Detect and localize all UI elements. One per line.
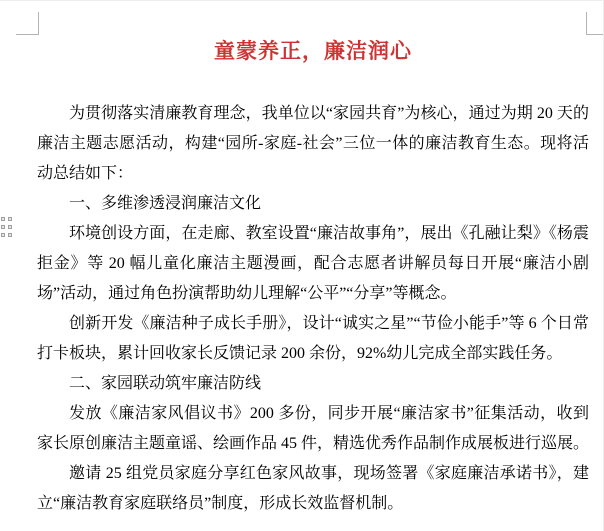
body-paragraph: 环境创设方面，在走廊、教室设置“廉洁故事角”，展出《孔融让梨》《杨震拒金》等 2… (37, 219, 589, 309)
drag-handle-dot (1, 233, 5, 237)
drag-handle-dot (1, 225, 5, 229)
page-margin-mark-top-left-icon (16, 12, 39, 35)
drag-handle-dot (8, 225, 12, 229)
drag-handle-dot (1, 217, 5, 221)
drag-handle-dot (8, 233, 12, 237)
document-title: 童蒙养正，廉洁润心 (37, 35, 589, 69)
body-paragraph: 创新开发《廉洁种子成长手册》，设计“诚实之星”“节俭小能手”等 6 个日常打卡板… (37, 309, 589, 369)
body-paragraph: 为贯彻落实清廉教育理念，我单位以“家园共育”为核心，通过为期 20 天的廉洁主题… (37, 99, 589, 189)
document-page: 童蒙养正，廉洁润心 为贯彻落实清廉教育理念，我单位以“家园共育”为核心，通过为期… (0, 0, 604, 531)
body-paragraph: 发放《廉洁家风倡议书》200 多份，同步开展“廉洁家书”征集活动，收到家长原创廉… (37, 399, 589, 459)
body-paragraph: 邀请 25 组党员家庭分享红色家风故事，现场签署《家庭廉洁承诺书》，建立“廉洁教… (37, 459, 589, 519)
drag-handle-dots-icon[interactable] (1, 217, 12, 237)
section-heading: 一、多维渗透浸润廉洁文化 (37, 189, 589, 219)
page-margin-mark-top-right-icon (586, 12, 604, 35)
drag-handle-dot (8, 217, 12, 221)
document-body: 为贯彻落实清廉教育理念，我单位以“家园共育”为核心，通过为期 20 天的廉洁主题… (37, 99, 589, 519)
section-heading: 二、家园联动筑牢廉洁防线 (37, 369, 589, 399)
